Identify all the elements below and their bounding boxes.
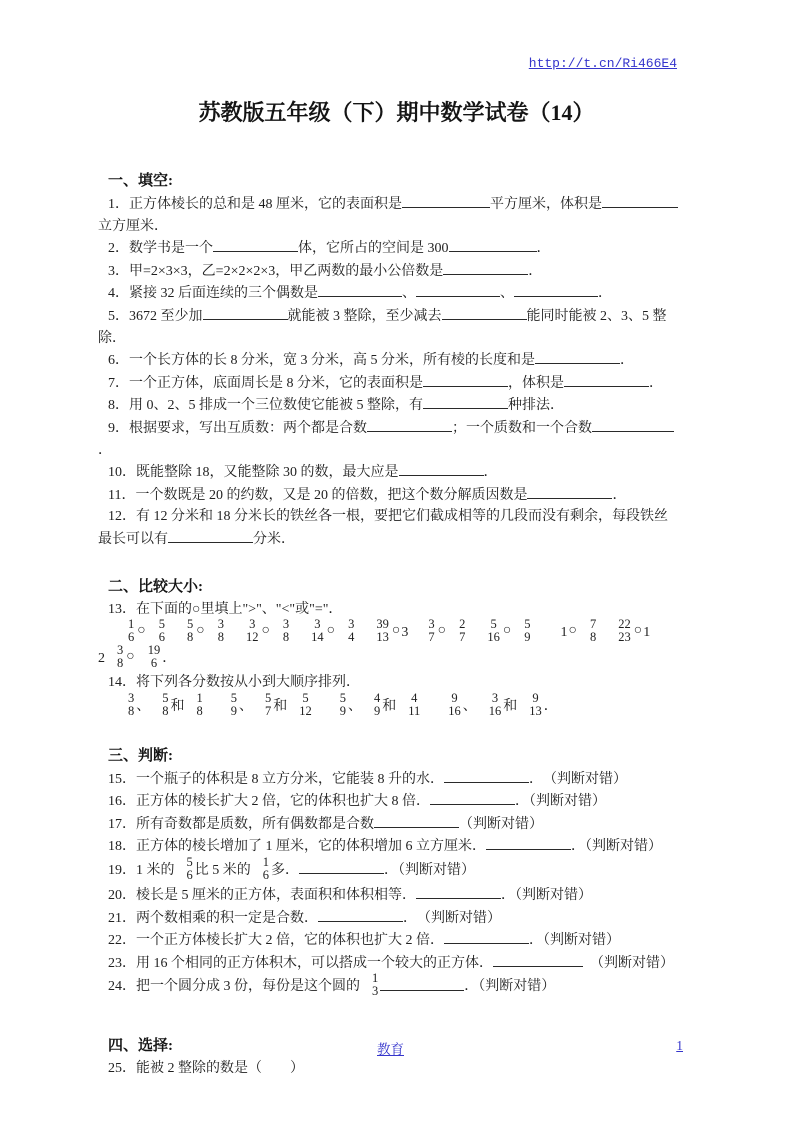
text-run: 和	[503, 699, 517, 714]
question: 11．一个数既是 20 的约数，又是 20 的倍数，把这个数分解质因数是．	[98, 484, 685, 507]
answer-blank	[416, 282, 500, 297]
fraction: 316	[477, 692, 504, 718]
text-run: 、	[239, 699, 253, 714]
answer-blank	[318, 907, 403, 922]
answer-blank	[442, 305, 527, 320]
answer-blank	[203, 305, 288, 320]
question: 2．数学书是一个体，它所占的空间是 300．	[98, 237, 685, 260]
fraction: 58	[175, 618, 195, 644]
text-run: 6．一个长方体的长 8 分米，宽 3 分米，高 5 分米，所有棱的长度和是	[108, 353, 535, 368]
text-run: 12．有 12 分米和 18 分米长的铁丝各一根，要把它们截成相等的几段而没有剩…	[108, 509, 668, 524]
text-run: 2．数学书是一个	[108, 241, 213, 256]
question: 10．既能整除 18，又能整除 30 的数，最大应是．	[98, 461, 685, 484]
spacer	[598, 635, 606, 636]
text-run: ． （判断对错）	[529, 772, 627, 787]
question: 21．两个数相乘的积一定是合数．． （判断对错）	[98, 907, 685, 930]
spacer	[205, 709, 219, 710]
text-run: ．（判断对错）	[384, 863, 475, 878]
text-run: 14．将下列各分数按从小到大顺序排列．	[108, 675, 360, 690]
fraction: 38	[271, 618, 291, 644]
text-run: 9．根据要求，写出互质数：两个都是合数	[108, 421, 367, 436]
fraction: 913	[517, 692, 544, 718]
text-run: 就能被 3 整除，至少减去	[288, 309, 442, 324]
fraction: 314	[299, 618, 326, 644]
denominator: 9	[514, 631, 530, 644]
denominator: 8	[152, 705, 168, 718]
fraction: 34	[336, 618, 356, 644]
fraction: 27	[447, 618, 467, 644]
text-run: ．	[544, 699, 558, 714]
fraction: 59	[219, 692, 239, 718]
text-run: 13．在下面的○里填上">"、"<"或"="．	[108, 602, 342, 617]
denominator: 16	[438, 705, 461, 718]
text-run: 22．一个正方体棱长扩大 2 倍，它的体积也扩大 2 倍．	[108, 933, 444, 948]
text-run: 15．一个瓶子的体积是 8 立方分米，它能装 8 升的水．	[108, 772, 444, 787]
spacer	[422, 709, 436, 710]
denominator: 11	[398, 705, 420, 718]
question: 5．3672 至少加就能被 3 整除，至少减去能同时能被 2、3、5 整除．	[98, 305, 685, 349]
text-run: 25．能被 2 整除的数是（ ）	[108, 1061, 304, 1076]
text-run: 11．一个数既是 20 的约数，又是 20 的倍数，把这个数分解质因数是	[108, 488, 527, 503]
numerator: 1	[187, 692, 203, 705]
text-run: 、	[500, 286, 514, 301]
denominator: 9	[364, 705, 380, 718]
fraction: 37	[416, 618, 436, 644]
answer-blank	[514, 282, 598, 297]
fraction: 59	[328, 692, 348, 718]
answer-blank	[318, 282, 402, 297]
text-run: 5．3672 至少加	[108, 309, 203, 324]
denominator: 8	[187, 705, 203, 718]
numerator: 5	[255, 692, 271, 705]
question: 17．所有奇数都是质数，所有偶数都是合数（判断对错）	[98, 813, 685, 836]
fraction: 56	[147, 618, 167, 644]
fraction: 57	[253, 692, 273, 718]
denominator: 6	[138, 657, 161, 670]
document-body: 一、填空:1．正方体棱长的总和是 48 厘米，它的表面积是平方厘米，体积是立方厘…	[98, 169, 685, 1080]
denominator: 7	[418, 631, 434, 644]
denominator: 13	[366, 631, 389, 644]
denominator: 14	[301, 631, 324, 644]
text-run: ．（判断对错）	[515, 794, 606, 809]
question: 23．用 16 个相同的正方体积木，可以搭成一个较大的正方体． （判断对错）	[98, 952, 685, 975]
text-run: 和	[273, 699, 287, 714]
text-run: ．（判断对错）	[464, 980, 555, 995]
denominator: 7	[449, 631, 465, 644]
fraction: 56	[175, 856, 195, 882]
text-run: ．（判断对错）	[501, 888, 592, 903]
fraction: 13	[360, 972, 380, 998]
denominator: 4	[338, 631, 354, 644]
denominator: 7	[255, 705, 271, 718]
text-run: ．	[649, 376, 663, 391]
answer-blank	[592, 417, 674, 432]
header-url-link[interactable]: http://t.cn/Ri466E4	[529, 56, 677, 71]
answer-blank	[380, 976, 464, 991]
spacer	[467, 635, 475, 636]
text-run: ．	[598, 286, 612, 301]
text-run: 23．用 16 个相同的正方体积木，可以搭成一个较大的正方体．	[108, 956, 493, 971]
text-run: 10．既能整除 18，又能整除 30 的数，最大应是	[108, 465, 399, 480]
text-run: 能同时能被 2、3、5 整	[527, 309, 667, 324]
fraction: 312	[234, 618, 261, 644]
answer-blank	[423, 394, 508, 409]
denominator: 8	[107, 657, 123, 670]
numerator: 4	[364, 692, 380, 705]
question: 4．紧接 32 后面连续的三个偶数是、、．	[98, 282, 685, 305]
answer-blank	[535, 349, 620, 364]
fraction: 16	[116, 618, 136, 644]
question: 16．正方体的棱长扩大 2 倍，它的体积也扩大 8 倍．．（判断对错）	[98, 790, 685, 813]
answer-blank	[430, 790, 515, 805]
comparison-circle: ○	[437, 623, 447, 638]
denominator: 8	[580, 631, 596, 644]
text-run: 16．正方体的棱长扩大 2 倍，它的体积也扩大 8 倍．	[108, 794, 430, 809]
text-run: 19．1 米的	[108, 863, 175, 878]
comparison-circle: ○	[125, 649, 135, 664]
exam-title: 苏教版五年级（下）期中数学试卷（14）	[20, 96, 773, 127]
fraction: 38	[105, 644, 125, 670]
section-fill-in-blanks: 一、填空:1．正方体棱长的总和是 48 厘米，它的表面积是平方厘米，体积是立方厘…	[98, 169, 685, 551]
text-run: 比 5 米的	[195, 863, 251, 878]
denominator: 8	[208, 631, 224, 644]
question: 3．甲=2×3×3，乙=2×2×2×3，甲乙两数的最小公倍数是．	[98, 260, 685, 283]
denominator: 13	[519, 705, 542, 718]
exam-page: http://t.cn/Ri466E4 苏教版五年级（下）期中数学试卷（14） …	[0, 0, 793, 1122]
fraction: 196	[136, 644, 163, 670]
spacer	[226, 635, 234, 636]
fraction: 58	[150, 692, 170, 718]
mixed-number: 238	[98, 651, 125, 666]
numerator: 9	[438, 692, 461, 705]
fraction: 38	[206, 618, 226, 644]
answer-blank	[299, 859, 384, 874]
fraction: 916	[436, 692, 463, 718]
denominator: 12	[236, 631, 259, 644]
numerator: 5	[221, 692, 237, 705]
text-run: 和	[171, 699, 185, 714]
text-run: 、	[463, 699, 477, 714]
comparison-circle: ○	[195, 623, 205, 638]
comparison-circle: ○	[633, 623, 643, 638]
text-run: 8．用 0、2、5 排成一个三位数使它能被 5 整除，有	[108, 398, 423, 413]
text-run: 立方厘米．	[98, 219, 168, 234]
answer-blank	[367, 417, 452, 432]
text-run: 、	[348, 699, 362, 714]
fraction: 2223	[606, 618, 633, 644]
fraction: 59	[512, 618, 532, 644]
text-run: 3	[401, 625, 408, 640]
comparison-circle: ○	[568, 623, 578, 638]
question: 8．用 0、2、5 排成一个三位数使它能被 5 整除，有种排法．	[98, 394, 685, 417]
question: 20．棱长是 5 厘米的正方体，表面积和体积相等．．（判断对错）	[98, 884, 685, 907]
fraction: 16	[251, 856, 271, 882]
question: 24．把一个圆分成 3 份，每份是这个圆的13．（判断对错）	[98, 974, 685, 1000]
text-run: 最长可以有	[98, 532, 168, 547]
text-run: 3．甲=2×3×3，乙=2×2×2×3，甲乙两数的最小公倍数是	[108, 264, 443, 279]
comparison-circle: ○	[136, 623, 146, 638]
answer-blank	[402, 193, 490, 208]
answer-blank	[444, 929, 529, 944]
section-compare-sizes: 二、比较大小:13．在下面的○里填上">"、"<"或"="．16○5658○38…	[98, 575, 685, 720]
footer-page-number[interactable]: 1	[676, 1038, 683, 1054]
text-run: 多．	[271, 863, 299, 878]
answer-blank	[527, 484, 612, 499]
question: 13．在下面的○里填上">"、"<"或"="．16○5658○38312○383…	[98, 599, 685, 673]
answer-blank	[416, 884, 501, 899]
question: 15．一个瓶子的体积是 8 立方分米，它能装 8 升的水．． （判断对错）	[98, 768, 685, 791]
answer-blank	[399, 461, 484, 476]
fraction: 411	[396, 692, 422, 718]
text-run: 除．	[98, 331, 126, 346]
numerator: 3	[118, 692, 134, 705]
text-run: 、	[402, 286, 416, 301]
text-run: 24．把一个圆分成 3 份，每份是这个圆的	[108, 980, 360, 995]
denominator: 6	[253, 869, 269, 882]
numerator: 3	[479, 692, 502, 705]
spacer	[314, 709, 328, 710]
denominator: 9	[221, 705, 237, 718]
fraction: 78	[578, 618, 598, 644]
comparison-circle: ○	[260, 623, 270, 638]
question: 6．一个长方体的长 8 分米，宽 3 分米，高 5 分米，所有棱的长度和是．	[98, 349, 685, 372]
answer-blank	[564, 372, 649, 387]
denominator: 23	[608, 631, 631, 644]
text-run: 17．所有奇数都是质数，所有偶数都是合数	[108, 817, 374, 832]
footer-edu-link[interactable]: 教育	[377, 1042, 404, 1057]
fraction: 512	[287, 692, 314, 718]
comparison-circle: ○	[326, 623, 336, 638]
denominator: 16	[479, 705, 502, 718]
denominator: 3	[362, 985, 378, 998]
question: 7．一个正方体，底面周长是 8 分米，它的表面积是，体积是．	[98, 372, 685, 395]
numerator: 5	[289, 692, 312, 705]
comparison-circle: ○	[502, 623, 512, 638]
text-run: （判断对错）	[583, 956, 674, 971]
text-run: ．	[98, 443, 112, 458]
text-run: 4．紧接 32 后面连续的三个偶数是	[108, 286, 318, 301]
numerator: 5	[330, 692, 346, 705]
question: 22．一个正方体棱长扩大 2 倍，它的体积也扩大 2 倍．．（判断对错）	[98, 929, 685, 952]
text-run: 体，它所占的空间是 300	[298, 241, 449, 256]
text-run: ．	[484, 465, 498, 480]
text-run: 平方厘米，体积是	[490, 197, 602, 212]
numerator: 5	[152, 692, 168, 705]
question: 14．将下列各分数按从小到大顺序排列．38、58和1859、57和51259、4…	[98, 672, 685, 720]
numerator: 4	[398, 692, 420, 705]
spacer	[408, 635, 416, 636]
spacer	[650, 635, 662, 636]
fraction: 18	[185, 692, 205, 718]
text-run: ，体积是	[508, 376, 564, 391]
text-run: ．	[620, 353, 634, 368]
numerator: 9	[519, 692, 542, 705]
denominator: 6	[177, 869, 193, 882]
denominator: 8	[177, 631, 193, 644]
text-run: ．（判断对错）	[529, 933, 620, 948]
section-heading: 二、比较大小:	[98, 575, 685, 596]
fraction: 49	[362, 692, 382, 718]
answer-blank	[443, 260, 528, 275]
answer-blank	[602, 193, 678, 208]
denominator: 12	[289, 705, 312, 718]
question: 9．根据要求，写出互质数：两个都是合数；一个质数和一个合数．	[98, 417, 685, 461]
whole-part: 2	[98, 651, 105, 666]
fraction: 3913	[364, 618, 391, 644]
spacer	[98, 709, 116, 710]
page-footer: 教育 1	[98, 1038, 683, 1058]
answer-blank	[486, 835, 571, 850]
answer-blank	[168, 528, 253, 543]
text-run: 21．两个数相乘的积一定是合数．	[108, 911, 318, 926]
text-run: 7．一个正方体，底面周长是 8 分米，它的表面积是	[108, 376, 423, 391]
denominator: 8	[118, 705, 134, 718]
spacer	[533, 635, 561, 636]
denominator: 9	[330, 705, 346, 718]
text-run: 18．正方体的棱长增加了 1 厘米，它的体积增加 6 立方厘米．	[108, 839, 486, 854]
answer-blank	[444, 768, 529, 783]
text-run: ．	[537, 241, 551, 256]
answer-blank	[449, 237, 537, 252]
question: 19．1 米的56比 5 米的16多．．（判断对错）	[98, 858, 685, 884]
text-run: 种排法．	[508, 398, 564, 413]
denominator: 8	[273, 631, 289, 644]
text-run: 20．棱长是 5 厘米的正方体，表面积和体积相等．	[108, 888, 416, 903]
fraction: 516	[475, 618, 502, 644]
spacer	[291, 635, 299, 636]
text-run: （判断对错）	[459, 817, 543, 832]
text-run: 1	[643, 625, 650, 640]
text-run: 、	[136, 699, 150, 714]
text-run: ；一个质数和一个合数	[452, 421, 592, 436]
answer-blank	[423, 372, 508, 387]
text-run: 1．正方体棱长的总和是 48 厘米，它的表面积是	[108, 197, 402, 212]
text-run: ．	[528, 264, 542, 279]
section-heading: 三、判断:	[98, 744, 685, 765]
text-run: ．	[162, 651, 176, 666]
spacer	[98, 635, 116, 636]
question: 12．有 12 分米和 18 分米长的铁丝各一根，要把它们截成相等的几段而没有剩…	[98, 506, 685, 550]
answer-blank	[213, 237, 298, 252]
text-run: ． （判断对错）	[403, 911, 501, 926]
question: 25．能被 2 整除的数是（ ）	[98, 1058, 685, 1080]
spacer	[167, 635, 175, 636]
denominator: 16	[477, 631, 500, 644]
section-judge: 三、判断:15．一个瓶子的体积是 8 立方分米，它能装 8 升的水．． （判断对…	[98, 744, 685, 1001]
spacer	[356, 635, 364, 636]
fraction: 38	[116, 692, 136, 718]
text-run: 1	[561, 625, 568, 640]
comparison-circle: ○	[391, 623, 401, 638]
answer-blank	[374, 813, 459, 828]
text-run: ．（判断对错）	[571, 839, 662, 854]
answer-blank	[493, 952, 583, 967]
text-run: 和	[382, 699, 396, 714]
section-heading: 一、填空:	[98, 169, 685, 190]
text-run: ．	[612, 488, 626, 503]
text-run: 分米．	[253, 532, 295, 547]
question: 1．正方体棱长的总和是 48 厘米，它的表面积是平方厘米，体积是立方厘米．	[98, 193, 685, 237]
